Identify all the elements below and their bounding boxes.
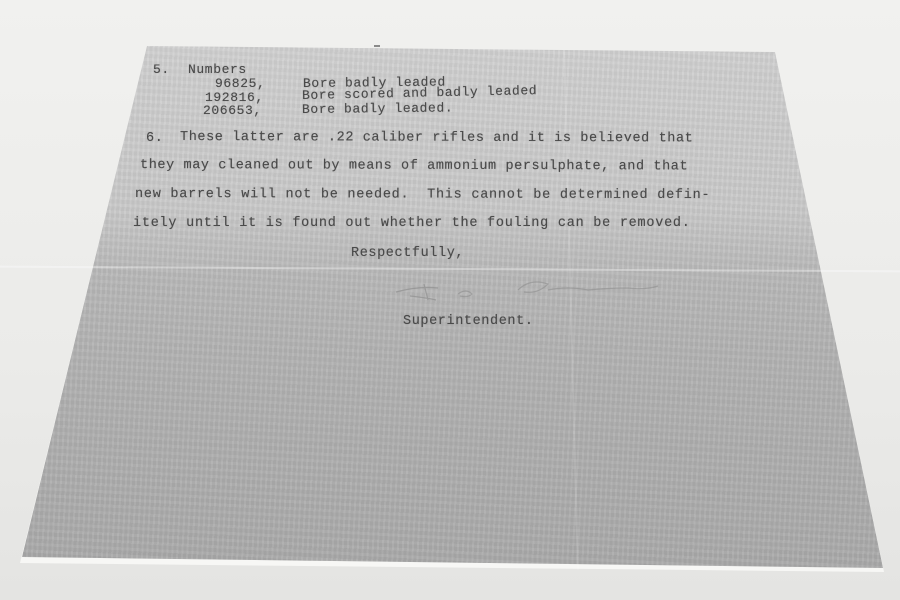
photo-scene: 5. Numbers 96825, Bore badly leaded 1928… xyxy=(0,0,900,600)
serial-number: 96825, xyxy=(215,76,265,91)
handwritten-signature xyxy=(388,276,708,306)
letter-text: 5. Numbers 96825, Bore badly leaded 1928… xyxy=(0,0,900,600)
paragraph-line: itely until it is found out whether the … xyxy=(133,216,691,231)
closing: Respectfully, xyxy=(351,246,464,261)
item5-number: 5. xyxy=(153,62,170,77)
serial-number: 206653, xyxy=(203,103,262,118)
item5-heading: Numbers xyxy=(188,62,247,77)
serial-description: Bore badly leaded. xyxy=(302,100,453,117)
item6-number: 6. xyxy=(146,131,163,146)
paragraph-line: These latter are .22 caliber rifles and … xyxy=(180,130,693,146)
paragraph-line: new barrels will not be needed. This can… xyxy=(135,187,710,203)
signatory-title: Superintendent. xyxy=(403,314,534,329)
paragraph-line: they may cleaned out by means of ammoniu… xyxy=(140,158,688,174)
